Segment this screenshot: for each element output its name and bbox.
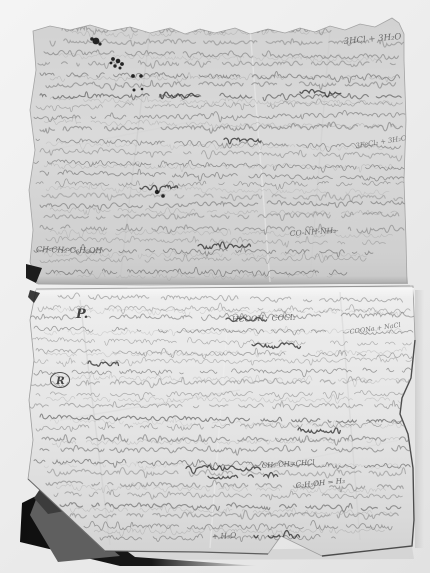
legible-fragment: CH-CH₂-C₆H₅OH xyxy=(36,245,102,255)
ink-blot xyxy=(98,42,101,45)
ink-blot xyxy=(133,89,136,92)
legible-fragment: R xyxy=(55,375,65,387)
ink-blot xyxy=(141,88,144,91)
legible-fragment: + H₂O xyxy=(212,531,237,541)
ink-blot xyxy=(90,37,94,41)
ink-blot xyxy=(161,194,165,198)
ink-blot xyxy=(155,190,159,194)
ink-blot xyxy=(111,57,115,61)
legible-fragment: P. xyxy=(75,307,88,322)
ink-blot xyxy=(139,74,143,78)
photo-of-handwritten-manuscript: 3HCl + 3H₂O3FeCl₂ + 3H₂OCO-NH-NH₂CH-CH₂-… xyxy=(0,0,430,573)
ink-blot xyxy=(113,64,116,67)
ink-blot xyxy=(116,59,121,64)
ink-blot xyxy=(131,74,135,78)
scene-svg: 3HCl + 3H₂O3FeCl₂ + 3H₂OCO-NH-NH₂CH-CH₂-… xyxy=(0,0,430,573)
ink-blot xyxy=(110,62,113,65)
ink-blot xyxy=(120,62,124,66)
ink-blot xyxy=(119,67,122,70)
